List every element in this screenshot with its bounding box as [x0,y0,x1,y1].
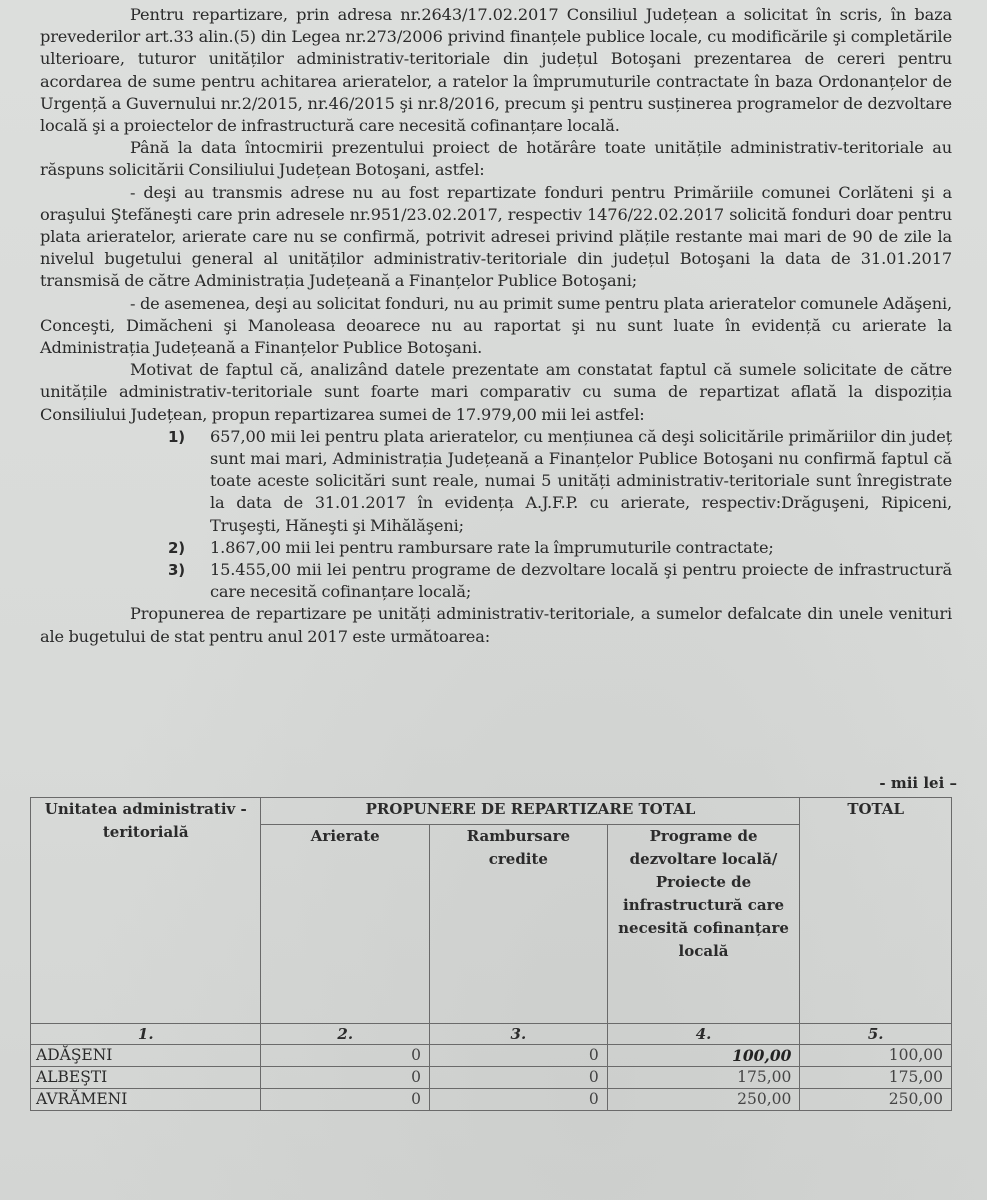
cell-programe: 175,00 [607,1067,800,1089]
cell-arierate: 0 [261,1067,430,1089]
header-rambursare: Rambursare credite [430,825,608,1024]
list-item: 2) 1.867,00 mii lei pentru rambursare ra… [168,537,952,559]
allocation-table: Unitatea administrativ - teritorială PRO… [30,797,952,1111]
list-number: 1) [168,426,185,448]
cell-unit-name: ALBEŞTI [31,1067,261,1089]
cell-unit-name: ADĂŞENI [31,1045,261,1067]
cell-total: 250,00 [800,1089,952,1111]
cell-programe: 250,00 [607,1089,800,1111]
cell-total: 175,00 [800,1067,952,1089]
list-text: 15.455,00 mii lei pentru programe de dez… [210,560,952,601]
column-number: 1. [31,1024,261,1045]
list-text: 1.867,00 mii lei pentru rambursare rate … [210,538,774,557]
paragraph-responses: Până la data întocmirii prezentului proi… [40,137,952,181]
header-group: PROPUNERE DE REPARTIZARE TOTAL [261,798,800,825]
list-item: 3) 15.455,00 mii lei pentru programe de … [168,559,952,603]
header-programe: Programe de dezvoltare locală/ Proiecte … [607,825,800,1024]
cell-total: 100,00 [800,1045,952,1067]
header-total: TOTAL [800,798,952,1024]
paragraph-motivation: Motivat de faptul că, analizând datele p… [40,359,952,426]
cell-programe: 100,00 [607,1045,800,1067]
list-number: 3) [168,559,185,581]
allocation-list: 1) 657,00 mii lei pentru plata arieratel… [168,426,952,604]
column-number: 4. [607,1024,800,1045]
table-row: AVRĂMENI 0 0 250,00 250,00 [31,1089,952,1111]
paragraph-exclusion-corlateni: - deşi au transmis adrese nu au fost rep… [40,182,952,293]
document-page: Pentru repartizare, prin adresa nr.2643/… [40,4,952,648]
cell-arierate: 0 [261,1045,430,1067]
cell-rambursare: 0 [430,1067,608,1089]
column-number: 3. [430,1024,608,1045]
list-number: 2) [168,537,185,559]
header-arierate: Arierate [261,825,430,1024]
cell-rambursare: 0 [430,1089,608,1111]
table-row: ALBEŞTI 0 0 175,00 175,00 [31,1067,952,1089]
column-numbers-row: 1. 2. 3. 4. 5. [31,1024,952,1045]
paragraph-closing: Propunerea de repartizare pe unități adm… [40,603,952,647]
table-row: ADĂŞENI 0 0 100,00 100,00 [31,1045,952,1067]
paragraph-request: Pentru repartizare, prin adresa nr.2643/… [40,4,952,137]
paragraph-exclusion-adaseni: - de asemenea, deşi au solicitat fonduri… [40,293,952,360]
list-item: 1) 657,00 mii lei pentru plata arieratel… [168,426,952,537]
list-text: 657,00 mii lei pentru plata arieratelor,… [210,427,952,535]
column-number: 5. [800,1024,952,1045]
cell-arierate: 0 [261,1089,430,1111]
column-number: 2. [261,1024,430,1045]
table-header-row: Unitatea administrativ - teritorială PRO… [31,798,952,825]
unit-label: - mii lei – [879,774,957,792]
cell-rambursare: 0 [430,1045,608,1067]
cell-unit-name: AVRĂMENI [31,1089,261,1111]
header-unit: Unitatea administrativ - teritorială [31,798,261,1024]
